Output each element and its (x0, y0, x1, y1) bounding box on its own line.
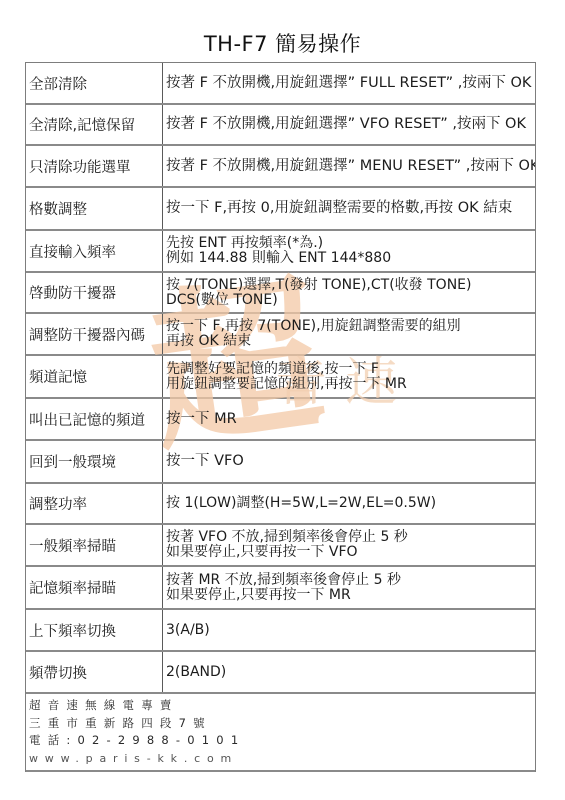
row-description: 2(BAND) (163, 652, 535, 692)
row-label: 調整防干擾器內碼 (26, 314, 163, 354)
table-row: 調整功率 按 1(LOW)調整(H=5W,L=2W,EL=0.5W) (26, 484, 535, 525)
row-label: 上下頻率切換 (26, 610, 163, 650)
description-line: 按著 VFO 不放,掃到頻率後會停止 5 秒 (166, 530, 535, 545)
description-line: 按一下 VFO (166, 454, 535, 469)
row-description: 先調整好要記憶的頻道後,按一下 F 用旋鈕調整要記憶的組別,再按一下 MR (163, 356, 535, 397)
table-row: 回到一般環境 按一下 VFO (26, 441, 535, 484)
row-description: 按著 MR 不放,掃到頻率後會停止 5 秒 如果要停止,只要再按一下 MR (163, 567, 535, 608)
row-label: 叫出已記憶的頻道 (26, 399, 163, 439)
table-row: 全清除,記憶保留 按著 F 不放開機,用旋鈕選擇” VFO RESET” ,按兩… (26, 105, 535, 146)
table-row: 只清除功能選單 按著 F 不放開機,用旋鈕選擇” MENU RESET” ,按兩… (26, 146, 535, 188)
table-row: 啓動防干擾器 按 7(TONE)選擇,T(發射 TONE),CT(收發 TONE… (26, 273, 535, 314)
row-label: 格數調整 (26, 188, 163, 229)
description-line: 按 7(TONE)選擇,T(發射 TONE),CT(收發 TONE) (166, 278, 535, 293)
page-title: TH-F7 簡易操作 (0, 30, 565, 58)
row-label: 只清除功能選單 (26, 146, 163, 186)
table-row: 頻道記憶 先調整好要記憶的頻道後,按一下 F 用旋鈕調整要記憶的組別,再按一下 … (26, 356, 535, 399)
description-line: DCS(數位 TONE) (166, 293, 535, 308)
row-label: 頻道記憶 (26, 356, 163, 397)
row-description: 按著 F 不放開機,用旋鈕選擇” FULL RESET” ,按兩下 OK (163, 63, 535, 103)
shop-phone: 電話:02-2988-0101 (29, 732, 535, 750)
description-line: 按一下 MR (166, 412, 535, 427)
row-label: 直接輸入頻率 (26, 231, 163, 271)
description-line: 如果要停止,只要再按一下 VFO (166, 545, 535, 560)
row-description: 按 7(TONE)選擇,T(發射 TONE),CT(收發 TONE) DCS(數… (163, 273, 535, 312)
description-line: 3(A/B) (166, 623, 535, 638)
shop-address: 三重市重新路四段7號 (29, 715, 535, 733)
description-line: 例如 144.88 則輸入 ENT 144*880 (166, 251, 535, 266)
row-label: 全清除,記憶保留 (26, 105, 163, 144)
table-row: 頻帶切換 2(BAND) (26, 652, 535, 694)
row-description: 按一下 F,再按 7(TONE),用旋鈕調整需要的組別 再按 OK 結束 (163, 314, 535, 354)
description-line: 按著 MR 不放,掃到頻率後會停止 5 秒 (166, 573, 535, 588)
description-line: 按一下 F,再按 0,用旋鈕調整需要的格數,再按 OK 結束 (166, 201, 535, 216)
row-description: 按一下 F,再按 0,用旋鈕調整需要的格數,再按 OK 結束 (163, 188, 535, 229)
description-line: 按著 F 不放開機,用旋鈕選擇” VFO RESET” ,按兩下 OK (166, 117, 535, 132)
description-line: 按著 F 不放開機,用旋鈕選擇” MENU RESET” ,按兩下 OK (166, 159, 535, 174)
shop-info-footer: 超音速無線電專賣 三重市重新路四段7號 電話:02-2988-0101 www.… (26, 694, 535, 772)
table-row: 直接輸入頻率 先按 ENT 再按頻率(*為.) 例如 144.88 則輸入 EN… (26, 231, 535, 273)
description-line: 2(BAND) (166, 665, 535, 680)
table-row: 上下頻率切換 3(A/B) (26, 610, 535, 652)
row-description: 按著 VFO 不放,掃到頻率後會停止 5 秒 如果要停止,只要再按一下 VFO (163, 525, 535, 565)
table-row: 調整防干擾器內碼 按一下 F,再按 7(TONE),用旋鈕調整需要的組別 再按 … (26, 314, 535, 356)
row-description: 按著 F 不放開機,用旋鈕選擇” MENU RESET” ,按兩下 OK (163, 146, 535, 186)
row-label: 調整功率 (26, 484, 163, 523)
row-description: 按著 F 不放開機,用旋鈕選擇” VFO RESET” ,按兩下 OK (163, 105, 535, 144)
row-description: 按一下 VFO (163, 441, 535, 482)
table-row: 記憶頻率掃瞄 按著 MR 不放,掃到頻率後會停止 5 秒 如果要停止,只要再按一… (26, 567, 535, 610)
description-line: 按著 F 不放開機,用旋鈕選擇” FULL RESET” ,按兩下 OK (166, 76, 535, 91)
table-row: 格數調整 按一下 F,再按 0,用旋鈕調整需要的格數,再按 OK 結束 (26, 188, 535, 231)
table-row: 全部清除 按著 F 不放開機,用旋鈕選擇” FULL RESET” ,按兩下 O… (26, 63, 535, 105)
table-row: 叫出已記憶的頻道 按一下 MR (26, 399, 535, 441)
description-line: 按一下 F,再按 7(TONE),用旋鈕調整需要的組別 (166, 319, 535, 334)
row-label: 記憶頻率掃瞄 (26, 567, 163, 608)
description-line: 先調整好要記憶的頻道後,按一下 F (166, 362, 535, 377)
row-label: 回到一般環境 (26, 441, 163, 482)
shop-website: www.paris-kk.com (29, 750, 535, 768)
row-label: 全部清除 (26, 63, 163, 103)
row-label: 一般頻率掃瞄 (26, 525, 163, 565)
description-line: 用旋鈕調整要記憶的組別,再按一下 MR (166, 377, 535, 392)
description-line: 先按 ENT 再按頻率(*為.) (166, 236, 535, 251)
operations-table: 全部清除 按著 F 不放開機,用旋鈕選擇” FULL RESET” ,按兩下 O… (25, 62, 536, 772)
table-row: 一般頻率掃瞄 按著 VFO 不放,掃到頻率後會停止 5 秒 如果要停止,只要再按… (26, 525, 535, 567)
description-line: 如果要停止,只要再按一下 MR (166, 588, 535, 603)
row-label: 啓動防干擾器 (26, 273, 163, 312)
row-description: 3(A/B) (163, 610, 535, 650)
row-description: 先按 ENT 再按頻率(*為.) 例如 144.88 則輸入 ENT 144*8… (163, 231, 535, 271)
description-line: 按 1(LOW)調整(H=5W,L=2W,EL=0.5W) (166, 496, 535, 511)
row-label: 頻帶切換 (26, 652, 163, 692)
shop-name: 超音速無線電專賣 (29, 697, 535, 715)
row-description: 按 1(LOW)調整(H=5W,L=2W,EL=0.5W) (163, 484, 535, 523)
description-line: 再按 OK 結束 (166, 334, 535, 349)
row-description: 按一下 MR (163, 399, 535, 439)
